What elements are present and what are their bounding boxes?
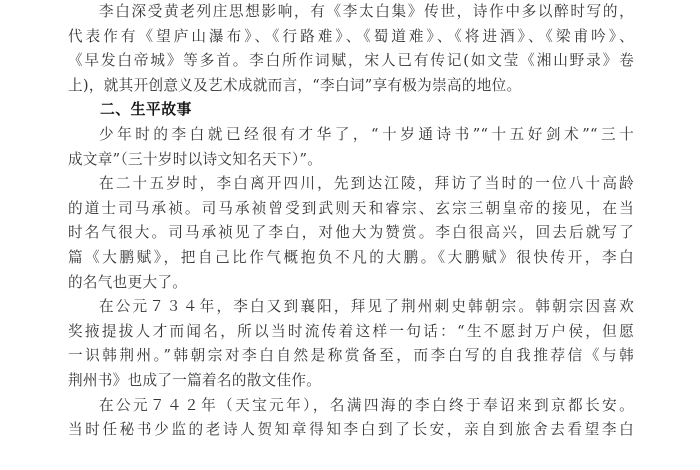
- body-text-line: 《早发白帝城》等多首。李白所作词赋，宋人已有传记(如文莹《湘山野录》卷: [68, 49, 634, 74]
- body-text-line: 在二十五岁时，李白离开四川，先到达江陵，拜访了当时的一位八十高龄: [68, 172, 634, 197]
- body-text-line: 成文章”（三十岁时以诗文知名天下）”。: [68, 148, 634, 173]
- document-page: 李白深受黄老列庄思想影响，有《李太白集》传世，诗作中多以醉时写的， 代表作有《望…: [68, 0, 634, 443]
- body-text-line: 李白深受黄老列庄思想影响，有《李太白集》传世，诗作中多以醉时写的，: [68, 0, 634, 25]
- body-text-line: 的名气也更大了。: [68, 271, 634, 296]
- body-text-line: 荆州书》也成了一篇着名的散文佳作。: [68, 369, 634, 394]
- body-text-line: 篇《大鹏赋》，把自己比作气概抱负不凡的大鹏。《大鹏赋》很快传开，李白: [68, 246, 634, 271]
- body-text-line: 少年时的李白就已经很有才华了，“十岁通诗书”“十五好剑术”“三十: [68, 123, 634, 148]
- body-text-line: 奖掖提拔人才而闻名，所以当时流传着这样一句话：“生不愿封万户侯，但愿: [68, 320, 634, 345]
- body-text-line: 一识韩荆州。”韩朝宗对李白自然是称赏备至，而李白写的自我推荐信《与韩: [68, 344, 634, 369]
- body-text-line: 在公元７４２年（天宝元年），名满四海的李白终于奉诏来到京都长安。: [68, 394, 634, 419]
- body-text-line: 代表作有《望庐山瀑布》、《行路难》、《蜀道难》、《将进酒》、《梁甫吟》、: [68, 25, 634, 50]
- section-heading: 二、生平故事: [68, 98, 634, 123]
- body-text-line: 时名气很大。司马承祯见了李白，对他大为赞赏。李白很高兴，回去后就写了: [68, 221, 634, 246]
- body-text-line: 在公元７３４年，李白又到襄阳，拜见了荆州刺史韩朝宗。韩朝宗因喜欢: [68, 295, 634, 320]
- body-text-line-partial: 当时任秘书少监的老诗人贺知章得知李白到了长安，亲自到旅舍去看望李白: [68, 418, 634, 443]
- body-text-line: 上)，就其开创意义及艺术成就而言，“李白词”享有极为崇高的地位。: [68, 74, 634, 99]
- body-text-line: 的道士司马承祯。司马承祯曾受到武则天和睿宗、玄宗三朝皇帝的接见，在当: [68, 197, 634, 222]
